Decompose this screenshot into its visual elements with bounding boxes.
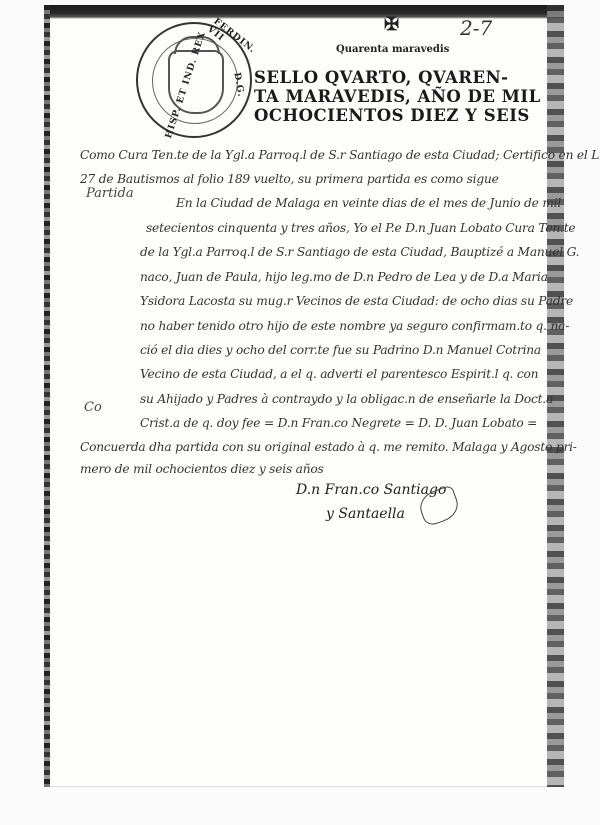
stamp-header-line: TA MARAVEDIS, AÑO DE MIL bbox=[254, 87, 554, 106]
royal-seal-stamp: FERDIN. VII HISP. ET IND. REX D.G. bbox=[136, 22, 252, 138]
stamp-header-line: OCHOCIENTOS DIEZ Y SEIS bbox=[254, 106, 554, 125]
handwritten-line: setecientos cinquenta y tres años, Yo el… bbox=[146, 221, 575, 235]
handwritten-line: Crist.a de q. doy fee = D.n Fran.co Negr… bbox=[140, 416, 537, 430]
cross-icon: ✠ bbox=[384, 14, 399, 35]
handwritten-line: ció el dia dies y ocho del corr.te fue s… bbox=[140, 343, 541, 357]
handwritten-line: mero de mil ochocientos diez y seis años bbox=[80, 462, 324, 476]
handwritten-line: En la Ciudad de Malaga en veinte dias de… bbox=[176, 196, 561, 210]
handwritten-line: de la Ygl.a Parroq.l de S.r Santiago de … bbox=[140, 245, 579, 259]
handwritten-line: no haber tenido otro hijo de este nombre… bbox=[140, 319, 569, 333]
stamp-header: SELLO QVARTO, QVAREN- TA MARAVEDIS, AÑO … bbox=[254, 68, 554, 125]
signature-line-2: y Santaella bbox=[326, 506, 405, 522]
handwritten-line: Concuerda dha partida con su original es… bbox=[80, 440, 577, 454]
handwritten-line: Vecino de esta Ciudad, a el q. adverti e… bbox=[140, 367, 538, 381]
handwritten-line: Ysidora Lacosta su mug.r Vecinos de esta… bbox=[140, 294, 573, 308]
handwritten-line: su Ahijado y Padres à contraydo y la obl… bbox=[140, 392, 553, 406]
handwritten-line: naco, Juan de Paula, hijo leg.mo de D.n … bbox=[140, 270, 548, 284]
handwritten-line: 27 de Bautismos al folio 189 vuelto, su … bbox=[80, 172, 499, 186]
scan-edge-left bbox=[44, 5, 50, 787]
folio-number: 2-7 bbox=[460, 16, 492, 40]
handwritten-line: Como Cura Ten.te de la Ygl.a Parroq.l de… bbox=[80, 148, 600, 162]
margin-note-co: Co bbox=[84, 400, 102, 415]
margin-note-partida: Partida bbox=[86, 186, 134, 201]
stamp-denomination: Quarenta maravedis bbox=[336, 44, 449, 55]
stamp-header-line: SELLO QVARTO, QVAREN- bbox=[254, 68, 554, 87]
